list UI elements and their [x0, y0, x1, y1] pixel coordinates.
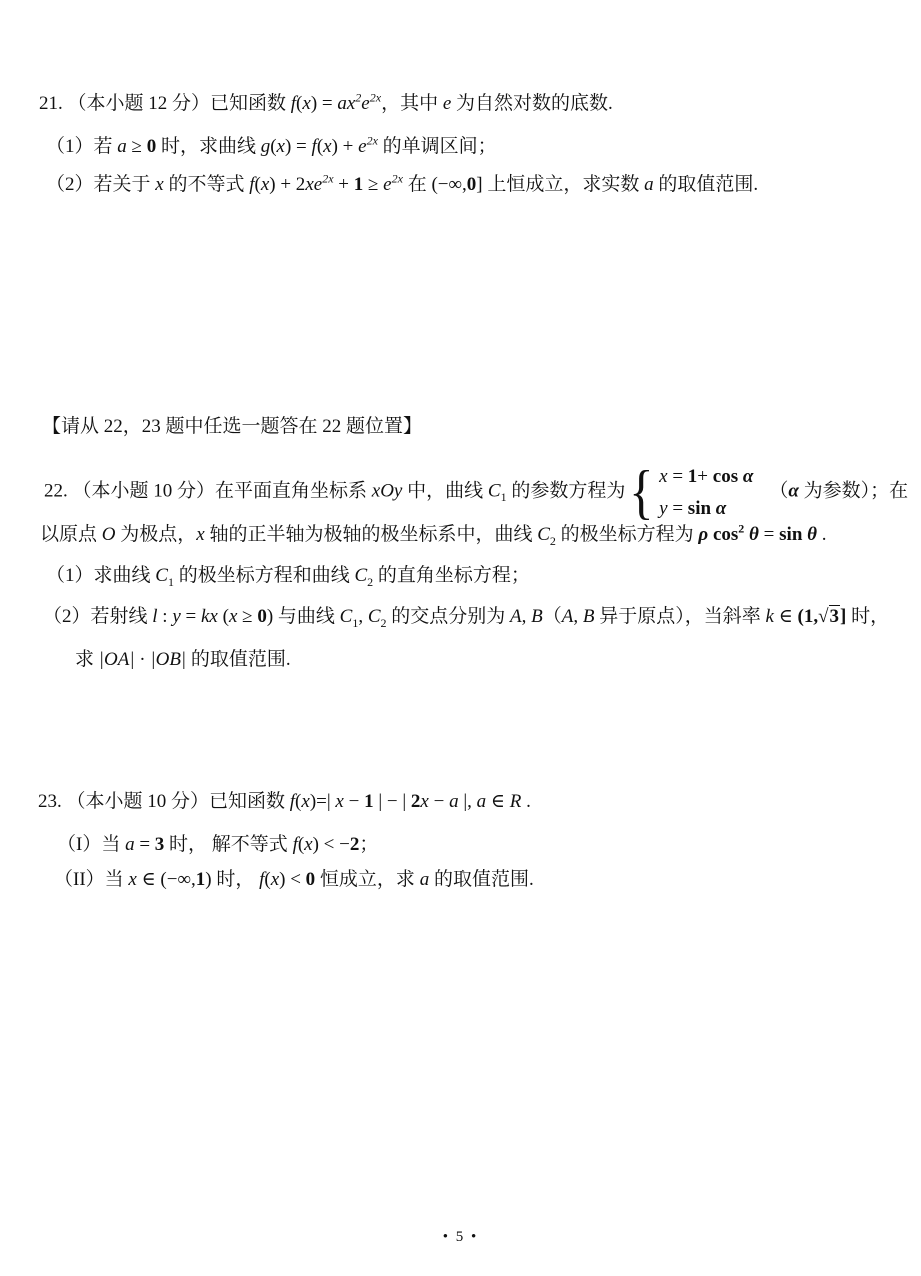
text-segment: 时， [846, 606, 889, 627]
problem-23-part-2: （II）当 x ∈ (−∞,1) 时， f(x) < 0 恒成立，求 a 的取值… [54, 866, 534, 893]
text-segment: ； [359, 834, 378, 855]
text-segment: . [817, 524, 827, 545]
text-segment: a [117, 136, 127, 157]
text-segment: 2x [392, 172, 403, 186]
text-segment: | − | [374, 791, 411, 812]
text-segment: (1, [798, 606, 819, 627]
text-segment: ∈ [774, 606, 798, 627]
square-root: √3 [818, 605, 840, 627]
text-segment: ) < [279, 869, 306, 890]
text-segment: x [261, 174, 269, 195]
text-segment: : [158, 606, 173, 627]
text-segment: （2）若关于 [46, 174, 155, 195]
text-segment: e [358, 136, 366, 157]
text-segment: e [443, 93, 451, 114]
text-segment: · [135, 649, 151, 670]
text-segment: x [659, 466, 667, 487]
text-segment: xe [305, 174, 322, 195]
text-segment: e [383, 174, 391, 195]
text-segment: − [429, 791, 449, 812]
text-segment: 0 [467, 174, 477, 195]
text-segment: , [522, 606, 532, 627]
text-segment: = [668, 466, 688, 487]
text-segment: ) + 2 [269, 174, 305, 195]
text-segment: 2 [411, 791, 421, 812]
text-segment: ) = [285, 136, 312, 157]
text-segment: e [361, 93, 369, 114]
text-segment: x [302, 93, 310, 114]
text-segment: ≥ [127, 136, 147, 157]
text-segment: ) < − [313, 834, 350, 855]
text-segment: )=| [310, 791, 336, 812]
problem-21-title: 21. （本小题 12 分）已知函数 f(x) = ax2e2x，其中 e 为自… [39, 90, 613, 117]
text-segment: |OB| [150, 649, 186, 670]
choice-notice: 【请从 22，23 题中任选一题答在 22 题位置】 [42, 413, 422, 440]
text-segment: 21. （本小题 12 分）已知函数 [39, 93, 291, 114]
text-segment: 为极点， [116, 524, 197, 545]
text-segment: 的极坐标方程和曲线 [174, 565, 355, 586]
text-segment: , [573, 606, 583, 627]
text-segment: 在 (−∞, [403, 174, 467, 195]
text-segment: |OA| [99, 649, 135, 670]
text-segment: ) 与曲线 [267, 606, 340, 627]
text-segment: 恒成立，求 [315, 869, 420, 890]
text-segment: + [334, 174, 354, 195]
text-segment: x [128, 869, 136, 890]
text-segment: 0 [147, 136, 157, 157]
text-segment: = [181, 606, 201, 627]
text-segment: ( [218, 606, 229, 627]
text-segment: ) = [311, 93, 338, 114]
text-segment: 的参数方程为 [507, 480, 626, 501]
text-segment: 的取值范围. [429, 869, 534, 890]
text-segment: 22. （本小题 10 分）在平面直角坐标系 [44, 480, 372, 501]
exam-page: 21. （本小题 12 分）已知函数 f(x) = ax2e2x，其中 e 为自… [0, 0, 921, 1276]
text-segment: a [644, 174, 654, 195]
text-segment: x [335, 791, 343, 812]
text-segment: 时，求曲线 [156, 136, 261, 157]
text-segment: + [697, 466, 712, 487]
text-segment: C [340, 606, 353, 627]
text-segment: 为参数）；在 [799, 480, 908, 501]
text-segment: |, [459, 791, 477, 812]
text-segment: = [668, 498, 688, 519]
text-segment: 1 [196, 869, 206, 890]
text-segment: α [716, 498, 727, 519]
text-segment: B [583, 606, 595, 627]
text-segment: 的不等式 [164, 174, 250, 195]
problem-22-title: 22. （本小题 10 分）在平面直角坐标系 xOy 中，曲线 C1 的参数方程… [44, 462, 908, 522]
text-segment: ) + [332, 136, 359, 157]
text-segment: ，其中 [381, 93, 443, 114]
text-segment: − [344, 791, 364, 812]
text-segment: C [155, 565, 168, 586]
text-segment: x [420, 791, 428, 812]
text-segment: sin [688, 498, 716, 519]
text-segment: 中，曲线 [402, 480, 488, 501]
text-segment: R [510, 791, 522, 812]
text-segment: ∈ [486, 791, 510, 812]
text-segment: a [125, 834, 135, 855]
text-segment: （II）当 [54, 869, 128, 890]
text-segment: 的取值范围. [654, 174, 759, 195]
text-segment: ) 时， [205, 869, 259, 890]
problem-22-intro-2: 以原点 O 为极点，x 轴的正半轴为极轴的极坐标系中，曲线 C2 的极坐标方程为… [40, 521, 827, 548]
text-segment: A [510, 606, 522, 627]
problem-22-part-2b: 求 |OA| · |OB| 的取值范围. [75, 646, 291, 673]
text-segment: O [102, 524, 116, 545]
radical-glyph: √ [818, 606, 828, 627]
text-segment: k [766, 606, 774, 627]
text-segment: 轴的正半轴为极轴的极坐标系中，曲线 [205, 524, 538, 545]
text-segment: （ [543, 606, 562, 627]
text-segment: , [358, 606, 368, 627]
page-number: • 5 • [0, 1229, 921, 1246]
text-segment: x [304, 834, 312, 855]
parametric-system: {x = 1+ cos αy = sin α [627, 462, 753, 522]
text-segment: α [788, 480, 799, 501]
text-segment: x [271, 869, 279, 890]
left-brace-glyph: { [629, 462, 653, 522]
text-segment: = [135, 834, 155, 855]
text-segment: 以原点 [40, 524, 102, 545]
text-segment: x [277, 136, 285, 157]
text-segment: 1 [354, 174, 364, 195]
text-segment: sin [779, 524, 807, 545]
text-segment: C [488, 480, 501, 501]
text-segment: 的单调区间； [378, 136, 497, 157]
text-segment: 2x [367, 134, 378, 148]
text-segment: θ [744, 524, 759, 545]
problem-23-part-1: （I）当 a = 3 时， 解不等式 f(x) < −2； [57, 831, 378, 858]
problem-22-part-2: （2）若射线 l : y = kx (x ≥ 0) 与曲线 C1, C2 的交点… [43, 603, 889, 630]
text-segment: ≥ [363, 174, 383, 195]
text-segment: x [196, 524, 204, 545]
text-segment: 2x [322, 172, 333, 186]
text-segment: cos [708, 524, 738, 545]
problem-21-part-1: （1）若 a ≥ 0 时，求曲线 g(x) = f(x) + e2x 的单调区间… [46, 133, 497, 160]
text-segment: 0 [257, 606, 267, 627]
text-segment: 的交点分别为 [387, 606, 511, 627]
text-segment: C [354, 565, 367, 586]
problem-22-part-1: （1）求曲线 C1 的极坐标方程和曲线 C2 的直角坐标方程； [46, 562, 530, 589]
radicand: 3 [829, 605, 841, 627]
text-segment: θ [807, 524, 817, 545]
text-segment: 求 [75, 649, 99, 670]
text-segment: （1）求曲线 [46, 565, 155, 586]
text-segment: ≥ [237, 606, 257, 627]
text-segment: 异于原点），当斜率 [594, 606, 765, 627]
text-segment: y [659, 498, 667, 519]
text-segment: 时， 解不等式 [164, 834, 292, 855]
text-segment: ax [337, 93, 355, 114]
text-segment: x [323, 136, 331, 157]
text-segment: 23. （本小题 10 分）已知函数 [38, 791, 290, 812]
text-segment: 2 [350, 834, 360, 855]
text-segment: 1 [688, 466, 698, 487]
text-segment: α [743, 466, 754, 487]
text-segment: 的极坐标方程为 [556, 524, 699, 545]
text-segment: C [368, 606, 381, 627]
text-segment: y [172, 606, 180, 627]
text-segment: xOy [372, 480, 403, 501]
text-segment: a [449, 791, 459, 812]
text-segment: ] 上恒成立，求实数 [476, 174, 644, 195]
text-segment: 为自然对数的底数. [451, 93, 613, 114]
problem-23-title: 23. （本小题 10 分）已知函数 f(x)=| x − 1 | − | 2x… [38, 788, 531, 815]
text-segment: ρ [698, 524, 708, 545]
text-segment: g [261, 136, 271, 157]
text-segment: 0 [306, 869, 316, 890]
text-segment: kx [201, 606, 218, 627]
system-row: x = 1+ cos α [659, 463, 753, 490]
text-segment: 3 [155, 834, 165, 855]
text-segment: x [301, 791, 309, 812]
text-segment: （1）若 [46, 136, 117, 157]
text-segment: a [420, 869, 430, 890]
text-segment: 的取值范围. [186, 649, 291, 670]
text-segment: A [562, 606, 574, 627]
text-segment: （ [769, 480, 788, 501]
problem-21-part-2: （2）若关于 x 的不等式 f(x) + 2xe2x + 1 ≥ e2x 在 (… [46, 171, 758, 198]
text-segment: 的直角坐标方程； [373, 565, 530, 586]
text-segment: B [531, 606, 543, 627]
text-segment: C [537, 524, 550, 545]
text-segment: 【请从 22，23 题中任选一题答在 22 题位置】 [42, 416, 422, 437]
text-segment: = [759, 524, 779, 545]
text-segment: . [521, 791, 531, 812]
system-rows: x = 1+ cos αy = sin α [659, 463, 753, 522]
text-segment: （I）当 [57, 834, 125, 855]
text-segment: ∈ (−∞, [137, 869, 196, 890]
text-segment: 2x [370, 91, 381, 105]
text-segment: x [155, 174, 163, 195]
text-segment: a [477, 791, 487, 812]
text-segment: cos [713, 466, 743, 487]
system-row: y = sin α [659, 495, 753, 522]
text-segment: 1 [364, 791, 374, 812]
text-segment: （2）若射线 [43, 606, 152, 627]
